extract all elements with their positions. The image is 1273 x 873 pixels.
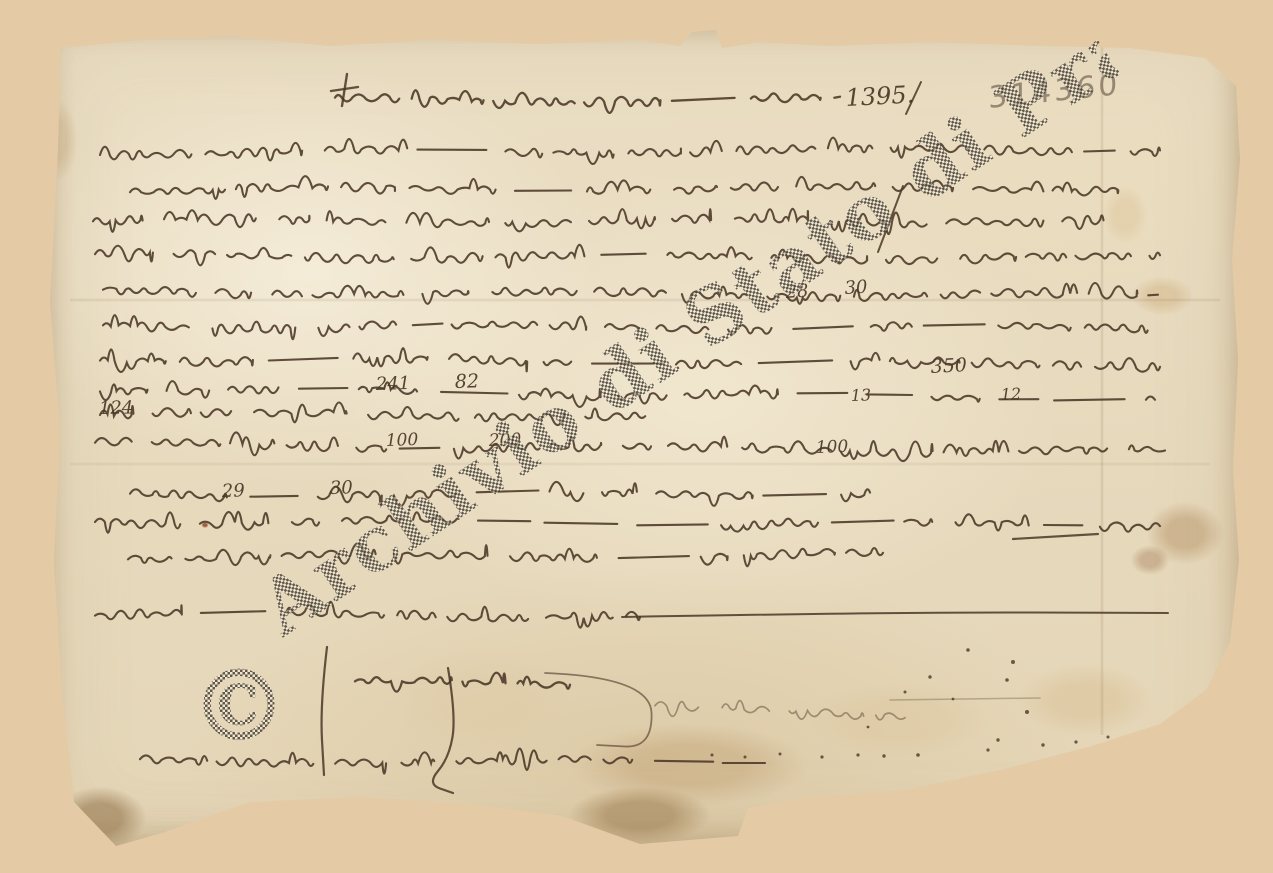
- fold-crease-horizontal-fold-lower: [70, 462, 1210, 466]
- scanned-letter-page: 1395.28303502418213121241002001002930 31…: [0, 0, 1273, 873]
- paper-edge-shading: [45, 28, 1241, 848]
- stain: [32, 85, 84, 195]
- stain: [545, 777, 735, 853]
- stain: [1095, 175, 1155, 255]
- stain: [1133, 491, 1237, 575]
- stain: [1120, 270, 1204, 322]
- fold-crease-horizontal-fold-upper: [70, 298, 1220, 302]
- stain: [530, 710, 850, 820]
- stain: [995, 652, 1175, 748]
- fold-crease-vertical-fold: [1100, 45, 1104, 735]
- stain: [360, 630, 600, 770]
- manuscript-paper: [45, 28, 1241, 848]
- stain: [200, 521, 210, 529]
- stain: [38, 776, 162, 860]
- stain: [1124, 540, 1176, 580]
- stain: [780, 670, 1020, 770]
- heading-transcription: [330, 72, 940, 118]
